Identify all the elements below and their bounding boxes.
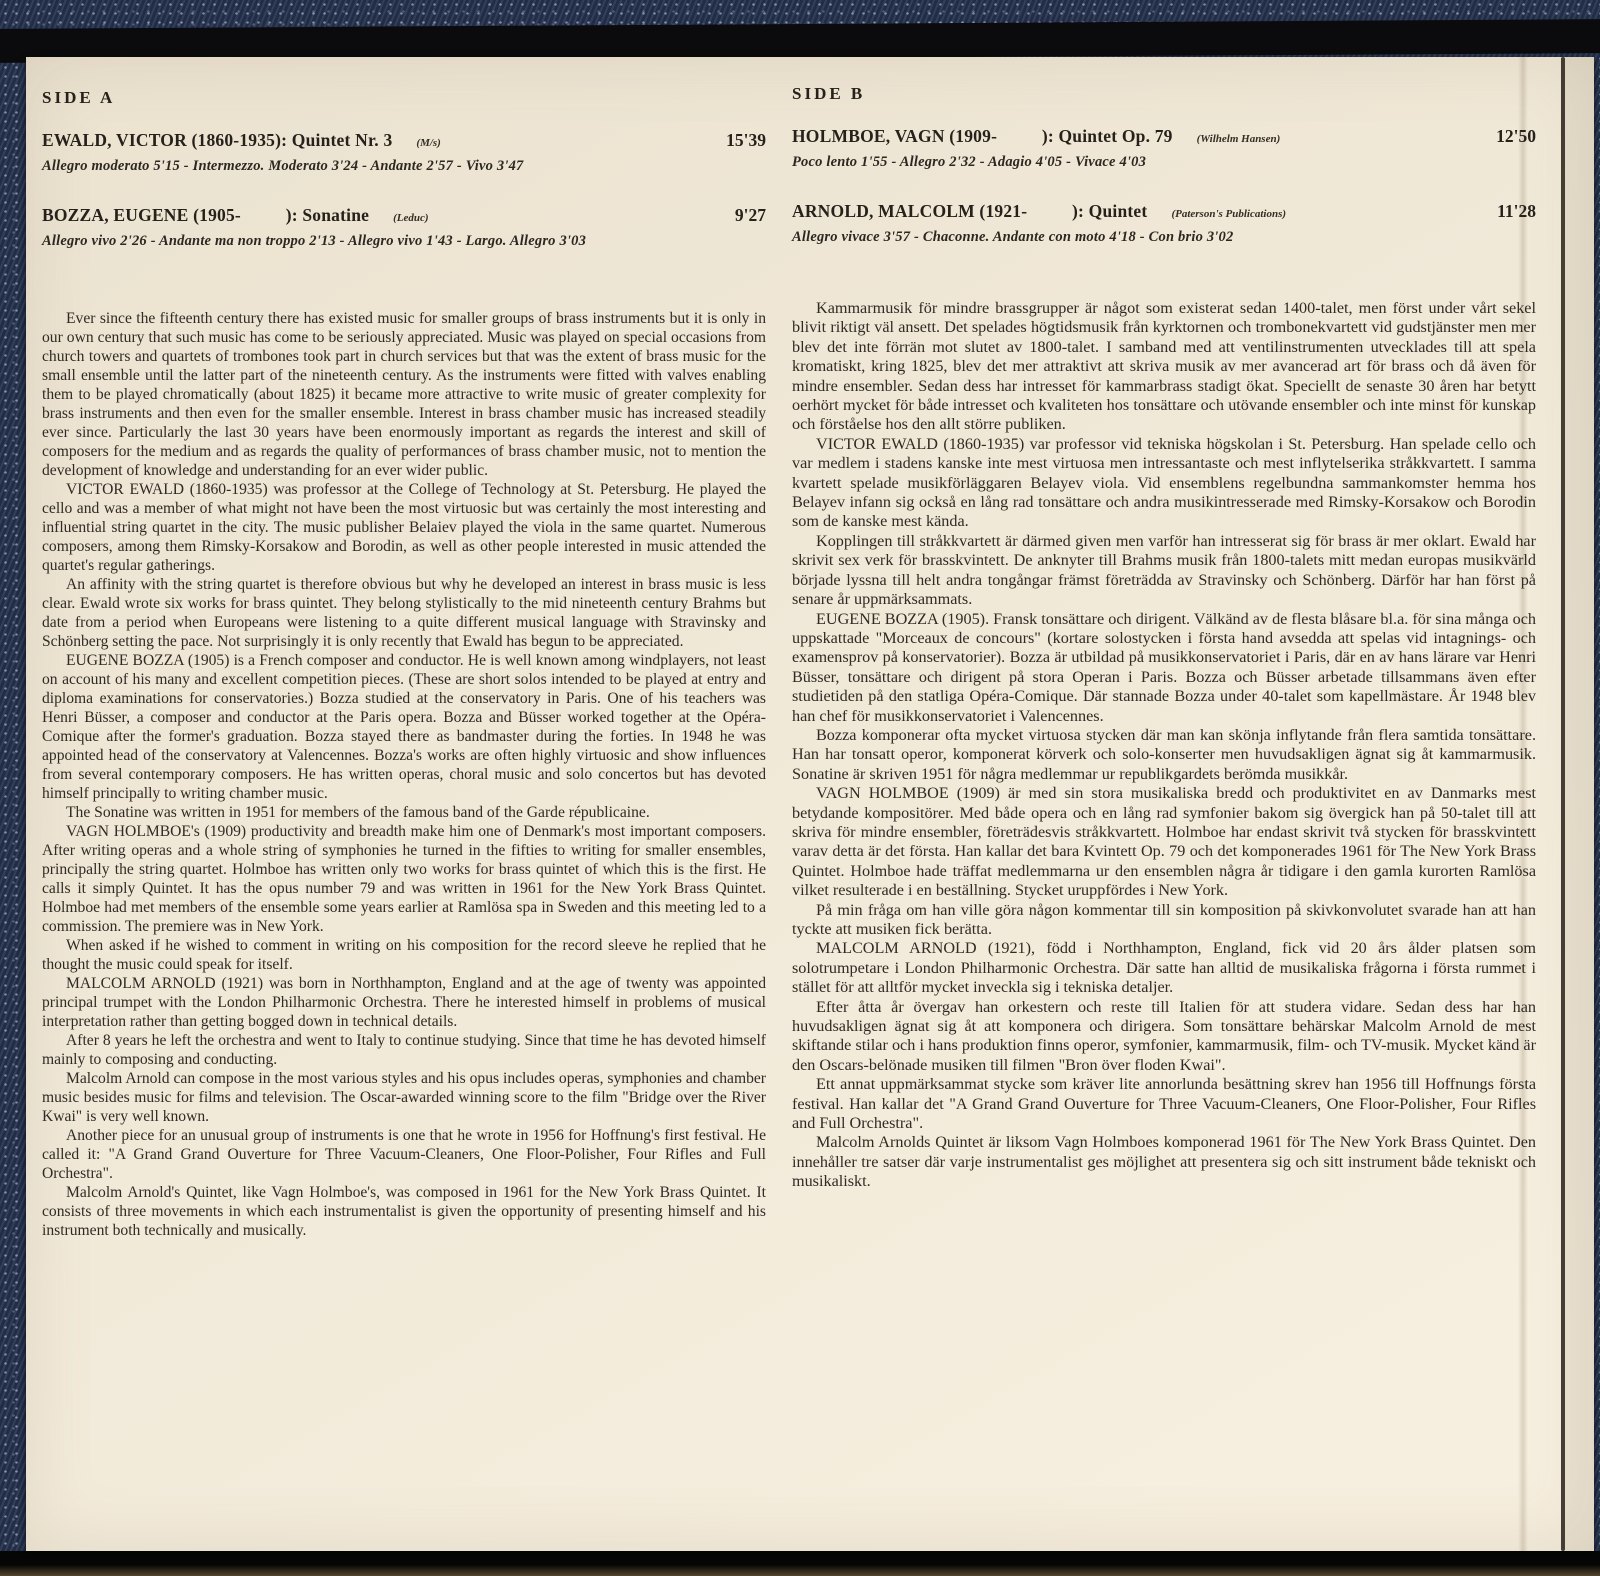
notes-paragraph: Malcolm Arnold can compose in the most v…	[42, 1069, 766, 1126]
notes-paragraph: Efter åtta år övergav han orkestern och …	[792, 998, 1536, 1076]
notes-paragraph: VICTOR EWALD (1860-1935) was professor a…	[42, 480, 766, 575]
album-back-cover-photo: { "palette": { "denim_blue": "#26334e", …	[0, 0, 1600, 1576]
notes-paragraph: Another piece for an unusual group of in…	[42, 1126, 766, 1183]
liner-notes-english: Ever since the fifteenth century there h…	[42, 309, 766, 1240]
notes-paragraph: Ett annat uppmärksammat stycke som kräve…	[792, 1075, 1536, 1133]
notes-paragraph: After 8 years he left the orchestra and …	[42, 1031, 766, 1069]
notes-paragraph: EUGENE BOZZA (1905). Fransk tonsättare o…	[792, 610, 1536, 726]
track-movements: Allegro moderato 5'15 - Intermezzo. Mode…	[42, 158, 766, 175]
track-duration: 12'50	[1496, 126, 1536, 147]
notes-paragraph: MALCOLM ARNOLD (1921), född i Northhampt…	[792, 939, 1536, 997]
track-line: BOZZA, EUGENE (1905- ): Sonatine (Leduc)…	[42, 205, 766, 226]
side-a-column: SIDE A EWALD, VICTOR (1860-1935): Quinte…	[42, 57, 766, 1240]
track-line: ARNOLD, MALCOLM (1921- ): Quintet (Pater…	[792, 201, 1536, 222]
side-b-label: SIDE B	[792, 84, 1536, 104]
notes-paragraph: Ever since the fifteenth century there h…	[42, 309, 766, 480]
track-publisher: (Paterson's Publications)	[1171, 208, 1286, 220]
track-title: BOZZA, EUGENE (1905- ): Sonatine	[42, 205, 369, 226]
sleeve-edge-line	[1561, 57, 1565, 1551]
side-a-track-list: EWALD, VICTOR (1860-1935): Quintet Nr. 3…	[42, 130, 766, 250]
track-duration: 11'28	[1497, 201, 1536, 222]
side-b-column: SIDE B HOLMBOE, VAGN (1909- ): Quintet O…	[792, 57, 1536, 1192]
side-b-track-list: HOLMBOE, VAGN (1909- ): Quintet Op. 79 (…	[792, 126, 1536, 246]
notes-paragraph: Kammarmusik för mindre brassgrupper är n…	[792, 299, 1536, 435]
track-publisher: (Wilhelm Hansen)	[1197, 133, 1281, 145]
notes-paragraph: When asked if he wished to comment in wr…	[42, 936, 766, 974]
notes-paragraph: VICTOR EWALD (1860-1935) var professor v…	[792, 435, 1536, 532]
notes-paragraph: Malcolm Arnold's Quintet, like Vagn Holm…	[42, 1183, 766, 1240]
notes-paragraph: Kopplingen till stråkkvartett är därmed …	[792, 532, 1536, 610]
notes-paragraph: MALCOLM ARNOLD (1921) was born in Northh…	[42, 974, 766, 1031]
track-line: HOLMBOE, VAGN (1909- ): Quintet Op. 79 (…	[792, 126, 1536, 147]
side-a-label: SIDE A	[42, 88, 766, 108]
track-movements: Allegro vivace 3'57 - Chaconne. Andante …	[792, 229, 1536, 246]
notes-paragraph: VAGN HOLMBOE's (1909) productivity and b…	[42, 822, 766, 936]
track-duration: 9'27	[735, 205, 766, 226]
track-entry: BOZZA, EUGENE (1905- ): Sonatine (Leduc)…	[42, 205, 766, 250]
track-title: EWALD, VICTOR (1860-1935): Quintet Nr. 3	[42, 130, 392, 151]
sleeve-edge-zone	[1565, 57, 1594, 1551]
track-publisher: (M/s)	[416, 137, 440, 149]
liner-notes-sheet: SIDE A EWALD, VICTOR (1860-1935): Quinte…	[26, 57, 1594, 1551]
notes-paragraph: An affinity with the string quartet is t…	[42, 575, 766, 651]
bottom-shadow-band	[0, 1551, 1600, 1576]
notes-paragraph: VAGN HOLMBOE (1909) är med sin stora mus…	[792, 784, 1536, 900]
track-entry: HOLMBOE, VAGN (1909- ): Quintet Op. 79 (…	[792, 126, 1536, 171]
track-movements: Poco lento 1'55 - Allegro 2'32 - Adagio …	[792, 154, 1536, 171]
track-title: HOLMBOE, VAGN (1909- ): Quintet Op. 79	[792, 126, 1173, 147]
track-entry: EWALD, VICTOR (1860-1935): Quintet Nr. 3…	[42, 130, 766, 175]
liner-notes-swedish: Kammarmusik för mindre brassgrupper är n…	[792, 299, 1536, 1192]
track-title: ARNOLD, MALCOLM (1921- ): Quintet	[792, 201, 1147, 222]
track-movements: Allegro vivo 2'26 - Andante ma non tropp…	[42, 233, 766, 250]
notes-paragraph: På min fråga om han ville göra någon kom…	[792, 901, 1536, 940]
notes-paragraph: The Sonatine was written in 1951 for mem…	[42, 803, 766, 822]
track-publisher: (Leduc)	[393, 212, 428, 224]
notes-paragraph: EUGENE BOZZA (1905) is a French composer…	[42, 651, 766, 803]
notes-paragraph: Bozza komponerar ofta mycket virtuosa st…	[792, 726, 1536, 784]
track-entry: ARNOLD, MALCOLM (1921- ): Quintet (Pater…	[792, 201, 1536, 246]
track-duration: 15'39	[726, 130, 766, 151]
track-line: EWALD, VICTOR (1860-1935): Quintet Nr. 3…	[42, 130, 766, 151]
notes-paragraph: Malcolm Arnolds Quintet är liksom Vagn H…	[792, 1133, 1536, 1191]
